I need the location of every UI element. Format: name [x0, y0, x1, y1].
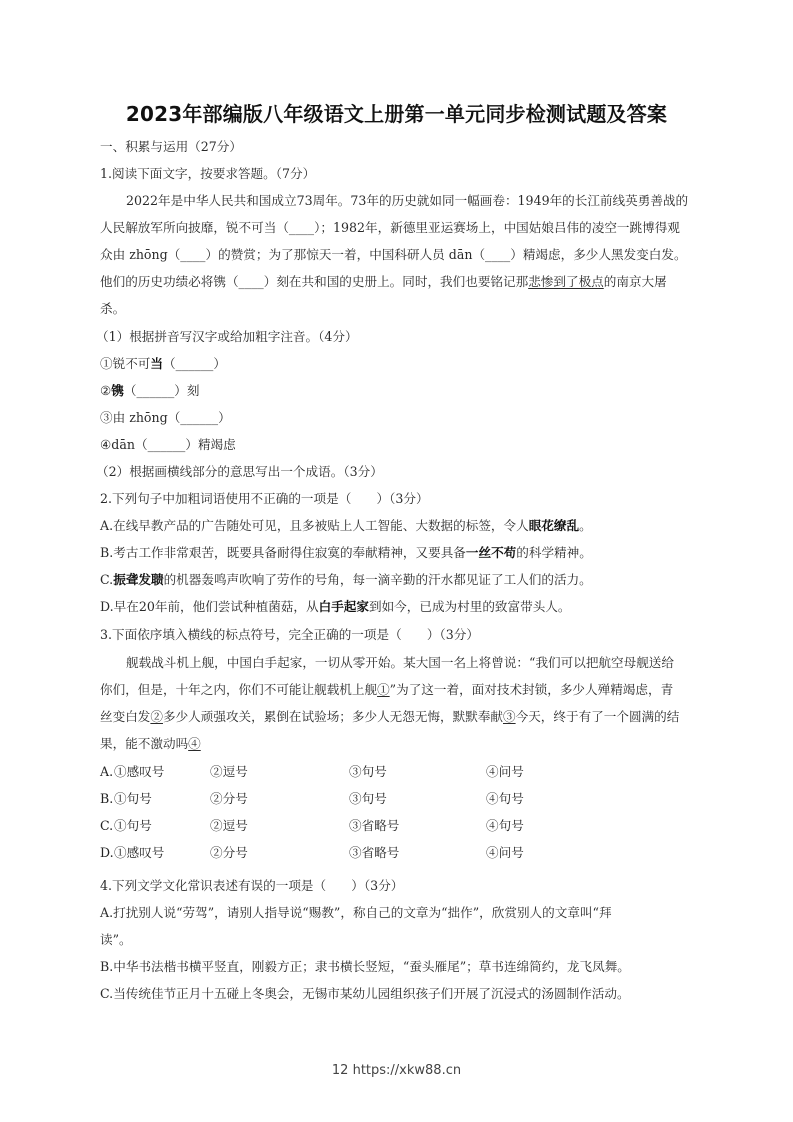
q3-passage-line: 果，能不激动吗④ — [100, 736, 201, 752]
q2-option-a: A.在线早教产品的广告随处可见，且多被贴上人工智能、大数据的标签，令人眼花缭乱。 — [100, 518, 592, 534]
q4-option-c: C.当传统佳节正月十五碰上冬奥会，无锡市某幼儿园组织孩子们开展了沉浸式的汤圆制作… — [100, 986, 630, 1002]
q1-passage-line: 众由 zhōng（____）的赞赏；为了那惊天一着，中国科研人员 dān（___… — [100, 247, 687, 263]
question-2-stem: 2.下列句子中加粗词语使用不正确的一项是（ ）（3分） — [100, 491, 429, 507]
q3-passage-line: 舰载战斗机上舰，中国白手起家，一切从零开始。某大国一名上将曾说：“我们可以把航空… — [126, 655, 674, 671]
q1-part1-item: ④dān（______）精竭虑 — [100, 437, 236, 453]
document-title: 2023年部编版八年级语文上册第一单元同步检测试题及答案 — [0, 98, 793, 127]
question-3-stem: 3.下面依序填入横线的标点符号，完全正确的一项是（ ）（3分） — [100, 627, 479, 643]
q1-passage-line: 他们的历史功绩必将镌（____）刻在共和国的史册上。同时，我们也要铭记那悲惨到了… — [100, 274, 667, 290]
q1-passage-line: 人民解放军所向披靡，锐不可当（____）；1982年，新德里亚运赛场上，中国姑娘… — [100, 220, 680, 236]
section-heading: 一、积累与运用（27分） — [100, 139, 242, 155]
underlined-phrase: 悲惨到了极点 — [528, 274, 604, 289]
q1-part2-stem: （2）根据画横线部分的意思写出一个成语。（3分） — [96, 464, 383, 480]
question-1-stem: 1.阅读下面文字，按要求答题。（7分） — [100, 166, 315, 182]
q4-option-a-cont: 读”。 — [100, 932, 132, 948]
q1-part1-stem: （1）根据拼音写汉字或给加粗字注音。（4分） — [96, 329, 358, 345]
q3-passage-line: 丝变白发②多少人顽强攻关，累倒在试验场；多少人无怨无悔，默默奉献③今天，终于有了… — [100, 709, 679, 725]
q2-option-d: D.早在20年前，他们尝试种植菌菇，从白手起家到如今，已成为村里的致富带头人。 — [100, 599, 570, 615]
q1-passage-line: 2022年是中华人民共和国成立73周年。73年的历史就如同一幅画卷：1949年的… — [126, 193, 688, 209]
q1-part1-item: ②镌（______）刻 — [100, 383, 199, 399]
document-page: 2023年部编版八年级语文上册第一单元同步检测试题及答案 一、积累与运用（27分… — [0, 0, 793, 1122]
q1-part1-item: ①锐不可当（______） — [100, 356, 226, 372]
q4-option-a: A.打扰别人说“劳驾”，请别人指导说“赐教”，称自己的文章为“拙作”，欣赏别人的… — [100, 905, 612, 921]
question-4-stem: 4.下列文学文化常识表述有误的一项是（ ）（3分） — [100, 878, 403, 894]
q1-part1-item: ③由 zhōng（______） — [100, 410, 231, 426]
q3-passage-line: 你们，但是，十年之内，你们不可能让舰载机上舰①”为了这一着，面对技术封锁，多少人… — [100, 682, 673, 698]
q2-option-b: B.考古工作非常艰苦，既要具备耐得住寂寞的奉献精神，又要具备一丝不苟的科学精神。 — [100, 545, 592, 561]
page-footer: 12 https://xkw88.cn — [0, 1063, 793, 1078]
q4-option-b: B.中华书法楷书横平竖直，刚毅方正；隶书横长竖短，“蚕头雁尾”；草书连绵简约，龙… — [100, 959, 630, 975]
q2-option-c: C.振聋发聩的机器轰鸣声吹响了劳作的号角，每一滴辛勤的汗水都见证了工人们的活力。 — [100, 572, 592, 588]
q1-passage-line: 杀。 — [100, 301, 125, 317]
